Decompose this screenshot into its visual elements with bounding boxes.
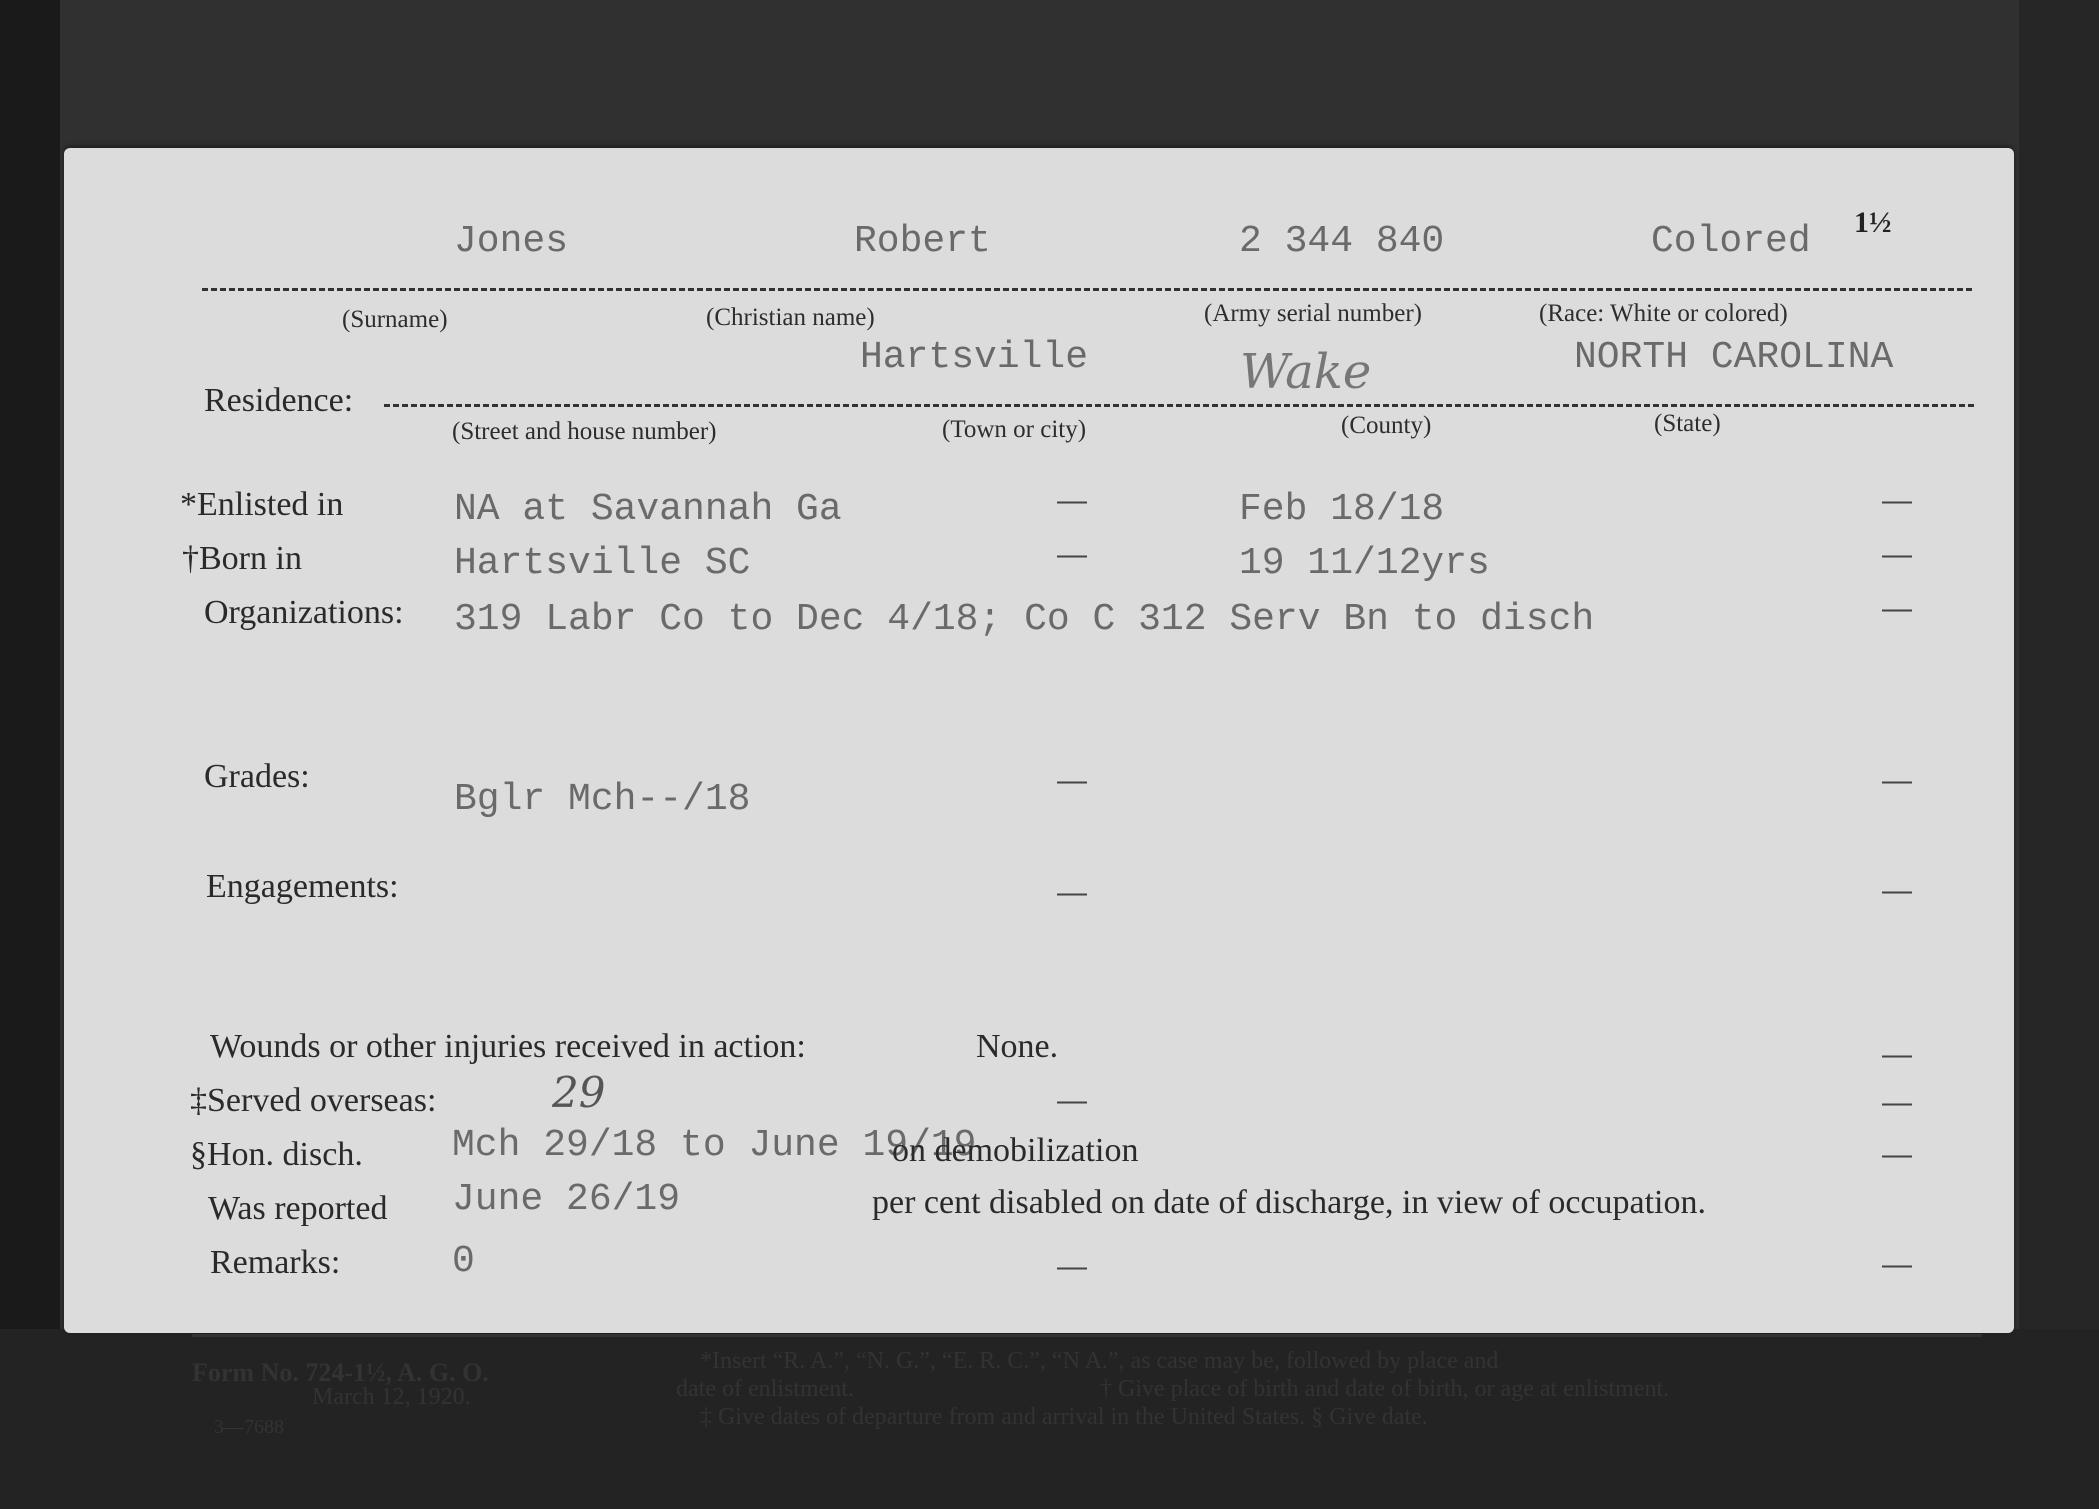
dash-mark: — <box>1057 876 1087 910</box>
service-record-card: 1½ Jones Robert 2 344 840 Colored (Surna… <box>64 148 2014 1333</box>
organizations-label: Organizations: <box>204 594 404 632</box>
street-label: (Street and house number) <box>452 418 717 446</box>
born-label: †Born in <box>182 540 302 578</box>
residence-town-value: Hartsville <box>860 336 1088 379</box>
dash-mark: — <box>1882 1086 1912 1120</box>
grades-label: Grades: <box>204 758 310 796</box>
residence-dotted-line <box>384 404 1974 407</box>
dash-mark: — <box>1882 484 1912 518</box>
print-number: 3—7688 <box>214 1416 284 1439</box>
footnote-birth: † Give place of birth and date of birth,… <box>1100 1376 1669 1403</box>
enlisted-label: *Enlisted in <box>180 486 343 524</box>
organizations-value: 319 Labr Co to Dec 4/18; Co C 312 Serv B… <box>454 598 1594 641</box>
hon-disch-note: on demobilization <box>892 1132 1138 1170</box>
dash-mark: — <box>1057 1084 1087 1118</box>
dash-mark: — <box>1882 764 1912 798</box>
dash-mark: — <box>1882 1038 1912 1072</box>
state-label: (State) <box>1654 410 1721 438</box>
christian-name-value: Robert <box>854 220 991 263</box>
footnote-overseas-dates: ‡ Give dates of departure from and arriv… <box>700 1404 1428 1431</box>
grades-value: Bglr Mch--/18 <box>454 778 750 821</box>
form-date: March 12, 1920. <box>312 1384 471 1411</box>
christian-name-label: (Christian name) <box>706 304 875 332</box>
dash-mark: — <box>1882 1248 1912 1282</box>
wounds-value: None. <box>976 1028 1058 1066</box>
race-value: Colored <box>1651 220 1811 263</box>
dash-mark: — <box>1882 592 1912 626</box>
scan-border-right <box>2019 0 2099 1509</box>
disability-percent-value: 0 <box>452 1240 475 1283</box>
race-label: (Race: White or colored) <box>1539 300 1788 328</box>
enlisted-value: NA at Savannah Ga <box>454 488 842 531</box>
served-overseas-correction: 29 <box>552 1068 605 1117</box>
disability-text: per cent disabled on date of discharge, … <box>872 1184 1706 1222</box>
hon-disch-value: June 26/19 <box>452 1178 680 1221</box>
dash-mark: — <box>1057 764 1087 798</box>
dash-mark: — <box>1882 874 1912 908</box>
born-age-value: 19 11/12yrs <box>1239 542 1490 585</box>
dash-mark: — <box>1057 484 1087 518</box>
surname-label: (Surname) <box>342 306 448 334</box>
dash-mark: — <box>1057 538 1087 572</box>
serial-number-label: (Army serial number) <box>1204 300 1422 328</box>
footer-rule <box>192 1334 1982 1337</box>
dash-mark: — <box>1057 1250 1087 1284</box>
born-value: Hartsville SC <box>454 542 750 585</box>
surname-value: Jones <box>454 220 568 263</box>
county-label: (County) <box>1341 412 1431 440</box>
residence-label: Residence: <box>204 382 353 420</box>
header-dotted-line <box>202 288 1972 291</box>
town-label: (Town or city) <box>942 416 1086 444</box>
wounds-label: Wounds or other injuries received in act… <box>210 1028 806 1066</box>
hon-disch-label: §Hon. disch. <box>190 1136 363 1174</box>
scan-border-left <box>0 0 60 1509</box>
residence-county-value: Wake <box>1240 344 1371 400</box>
engagements-label: Engagements: <box>206 868 399 906</box>
enlisted-date-value: Feb 18/18 <box>1239 488 1444 531</box>
remarks-label: Remarks: <box>210 1244 340 1282</box>
served-overseas-label: ‡Served overseas: <box>190 1082 436 1120</box>
footnote-enlistment-date: date of enlistment. <box>676 1376 854 1403</box>
residence-state-value: NORTH CAROLINA <box>1574 336 1893 379</box>
corner-mark: 1½ <box>1854 206 1892 240</box>
dash-mark: — <box>1882 1138 1912 1172</box>
dash-mark: — <box>1882 538 1912 572</box>
serial-number-value: 2 344 840 <box>1239 220 1444 263</box>
was-reported-label: Was reported <box>208 1190 387 1228</box>
footnote-insert: *Insert “R. A.”, “N. G.”, “E. R. C.”, “N… <box>700 1348 1498 1375</box>
